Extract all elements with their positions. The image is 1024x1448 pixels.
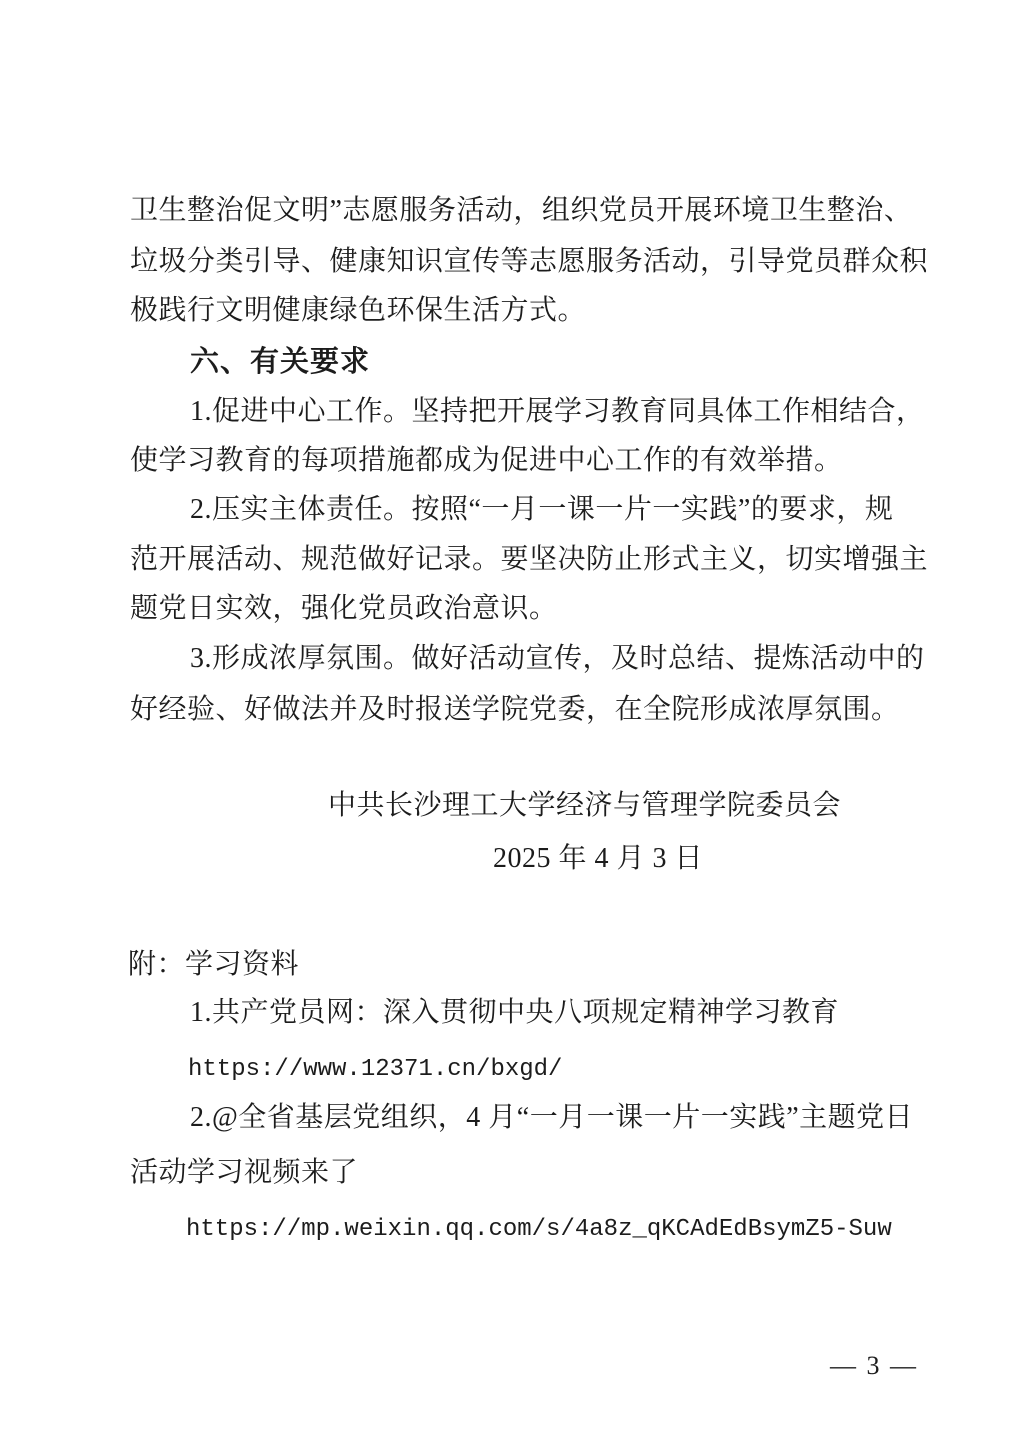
attachment-heading: 附：学习资料: [128, 947, 299, 983]
requirement-1-line-2: 使学习教育的每项措施都成为促进中心工作的有效举措。: [130, 443, 843, 479]
section-heading: 六、有关要求: [190, 344, 370, 380]
requirement-2-line-2: 范开展活动、规范做好记录。要坚决防止形式主义，切实增强主: [130, 542, 928, 578]
requirement-3-line-2: 好经验、好做法并及时报送学院党委，在全院形成浓厚氛围。: [130, 692, 900, 728]
paragraph-overflow-line-2: 垃圾分类引导、健康知识宣传等志愿服务活动，引导党员群众积: [130, 244, 928, 280]
attachment-1-url: https://www.12371.cn/bxgd/: [188, 1052, 562, 1088]
requirement-2-line-1: 2.压实主体责任。按照“一月一课一片一实践”的要求，规: [190, 492, 893, 528]
requirement-1-line-1: 1.促进中心工作。坚持把开展学习教育同具体工作相结合，: [190, 394, 925, 430]
attachment-2-url: https://mp.weixin.qq.com/s/4a8z_qKCAdEdB…: [186, 1212, 892, 1248]
requirement-2-line-3: 题党日实效，强化党员政治意识。: [130, 591, 558, 627]
attachment-2-title-line-1: 2.@全省基层党组织，4 月“一月一课一片一实践”主题党日: [190, 1100, 913, 1136]
signature-organization: 中共长沙理工大学经济与管理学院委员会: [328, 788, 841, 824]
paragraph-overflow-line-1: 卫生整治促文明”志愿服务活动，组织党员开展环境卫生整治、: [130, 193, 912, 229]
attachment-2-title-line-2: 活动学习视频来了: [130, 1155, 358, 1191]
requirement-3-line-1: 3.形成浓厚氛围。做好活动宣传，及时总结、提炼活动中的: [190, 641, 925, 677]
page-number: — 3 —: [830, 1348, 918, 1384]
attachment-1-title: 1.共产党员网：深入贯彻中央八项规定精神学习教育: [190, 995, 839, 1031]
signature-date: 2025 年 4 月 3 日: [493, 841, 703, 877]
paragraph-overflow-line-3: 极践行文明健康绿色环保生活方式。: [130, 293, 586, 329]
document-page: 卫生整治促文明”志愿服务活动，组织党员开展环境卫生整治、 垃圾分类引导、健康知识…: [0, 0, 1024, 1448]
